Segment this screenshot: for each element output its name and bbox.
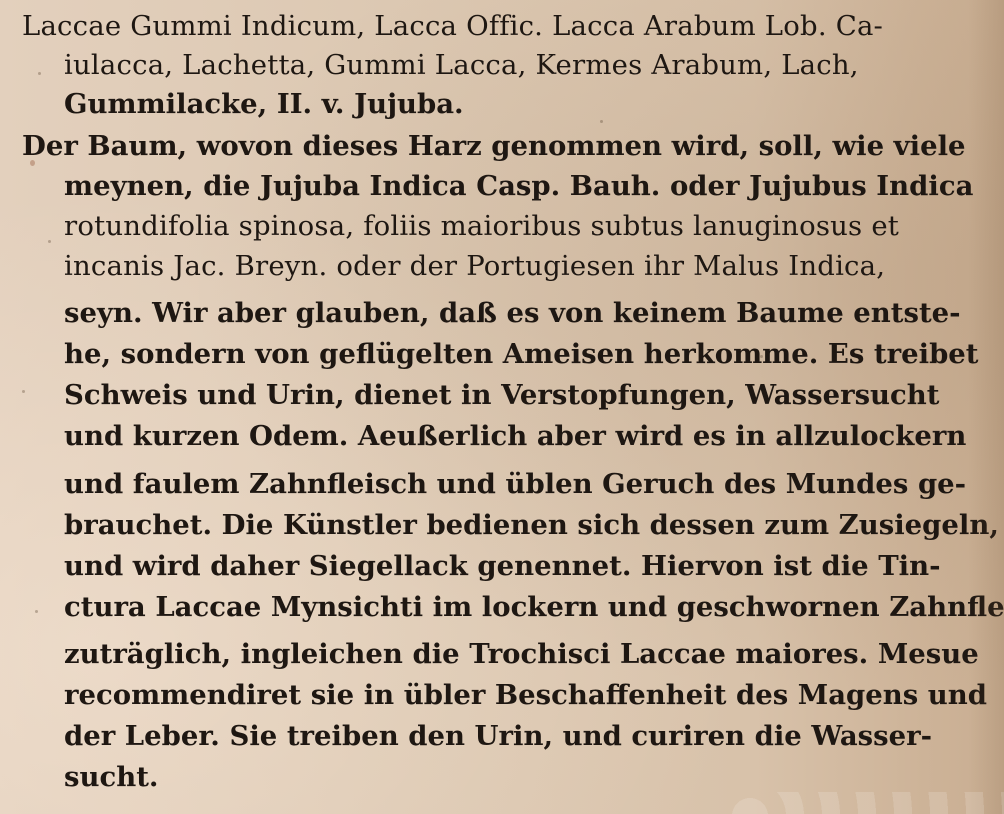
scan-artifact (730, 792, 1004, 814)
paragraph-line: sucht. (64, 759, 159, 795)
paragraph-line: recommendiret sie in übler Beschaffenhei… (64, 677, 987, 713)
entry-headword-line: Laccae Gummi Indicum, Lacca Offic. Lacca… (22, 8, 883, 44)
paragraph-line: und wird daher Siegellack genennet. Hier… (64, 548, 941, 584)
paragraph-line: Schweis und Urin, dienet in Verstopfunge… (64, 377, 940, 413)
paragraph-line: der Leber. Sie treiben den Urin, und cur… (64, 718, 932, 754)
paragraph-line: seyn. Wir aber glauben, daß es von keine… (64, 295, 961, 331)
paragraph-line: rotundifolia spinosa, foliis maioribus s… (64, 208, 899, 244)
entry-synonyms-line: iulacca, Lachetta, Gummi Lacca, Kermes A… (64, 47, 859, 83)
paragraph-line: meynen, die Jujuba Indica Casp. Bauh. od… (64, 168, 973, 204)
paragraph-line: Der Baum, wovon dieses Harz genommen wir… (22, 128, 966, 164)
paragraph-line: he, sondern von geflügelten Ameisen herk… (64, 336, 979, 372)
paragraph-line: und kurzen Odem. Aeußerlich aber wird es… (64, 418, 966, 454)
scanned-book-page: Laccae Gummi Indicum, Lacca Offic. Lacca… (0, 0, 1004, 814)
paragraph-line: ctura Laccae Mynsichti im lockern und ge… (64, 589, 1004, 625)
paragraph-line: brauchet. Die Künstler bedienen sich des… (64, 507, 999, 543)
paragraph-line: incanis Jac. Breyn. oder der Portugiesen… (64, 248, 885, 284)
entry-german-name-line: Gummilacke, II. v. Jujuba. (64, 86, 464, 122)
page-gutter-shadow (968, 0, 1004, 814)
paragraph-line: und faulem Zahnfleisch und üblen Geruch … (64, 466, 966, 502)
paragraph-line: zuträglich, ingleichen die Trochisci Lac… (64, 636, 979, 672)
